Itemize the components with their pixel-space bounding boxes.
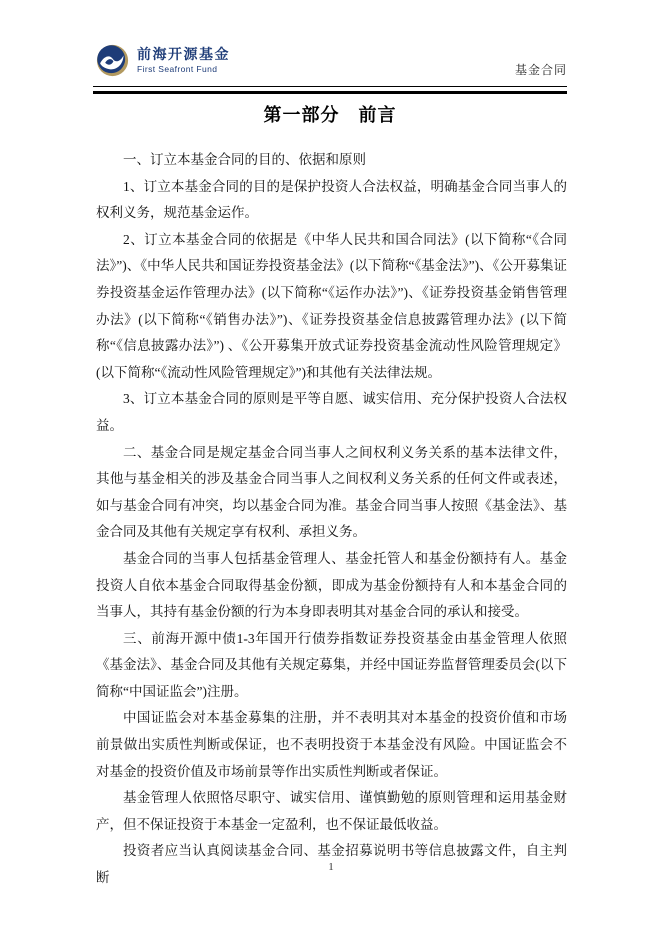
brand-name-cn: 前海开源基金 (137, 47, 230, 62)
paragraph: 基金管理人依照恪尽职守、诚实信用、谨慎勤勉的原则管理和运用基金财产，但不保证投资… (96, 785, 567, 838)
paragraph: 1、订立本基金合同的目的是保护投资人合法权益，明确基金合同当事人的权利义务，规范… (96, 174, 567, 227)
paragraph: 中国证监会对本基金募集的注册，并不表明其对本基金的投资价值和市场前景做出实质性判… (96, 705, 567, 785)
contract-page: 前海开源基金 First Seafront Fund 基金合同 第一部分 前言 … (0, 0, 662, 936)
page-number: 1 (0, 861, 662, 873)
brand-text: 前海开源基金 First Seafront Fund (137, 47, 230, 74)
paragraph: 一、订立本基金合同的目的、依据和原则 (96, 147, 567, 174)
paragraph: 基金合同的当事人包括基金管理人、基金托管人和基金份额持有人。基金投资人自依本基金… (96, 546, 567, 626)
header-rule-thin (93, 86, 567, 87)
paragraph: 三、前海开源中债1-3年国开行债券指数证券投资基金由基金管理人依照《基金法》、基… (96, 626, 567, 706)
header-rule-thick (93, 91, 567, 94)
paragraph: 3、订立本基金合同的原则是平等自愿、诚实信用、充分保护投资人合法权益。 (96, 386, 567, 439)
brand-block: 前海开源基金 First Seafront Fund (96, 44, 230, 77)
brand-name-en: First Seafront Fund (137, 65, 230, 74)
doc-type-label: 基金合同 (515, 61, 567, 78)
first-seafront-logo-icon (96, 44, 129, 77)
paragraph: 二、基金合同是规定基金合同当事人之间权利义务关系的基本法律文件，其他与基金相关的… (96, 440, 567, 546)
section-title: 第一部分 前言 (93, 101, 567, 127)
paragraph: 2、订立本基金合同的依据是《中华人民共和国合同法》(以下简称“《合同法》”)、《… (96, 227, 567, 387)
body-paragraphs: 一、订立本基金合同的目的、依据和原则1、订立本基金合同的目的是保护投资人合法权益… (96, 147, 567, 892)
